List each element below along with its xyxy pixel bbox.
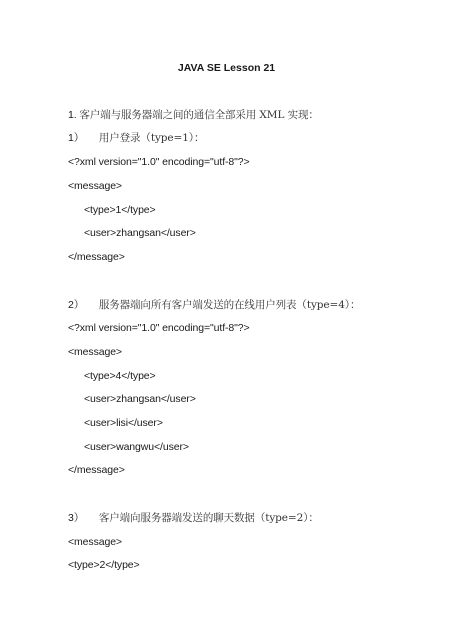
code-line: <user>zhangsan</user> — [84, 226, 196, 240]
section-heading-text: 客户端与服务器端之间的通信全部采用 XML 实现： — [79, 109, 318, 121]
document-page: JAVA SE Lesson 21 1. 客户端与服务器端之间的通信全部采用 X… — [0, 0, 453, 640]
item-label: 用户登录（type=1）： — [99, 132, 205, 144]
item-heading-1: 1） 用户登录（type=1）： — [68, 131, 204, 145]
item-label: 服务器端向所有客户端发送的在线用户列表（type=4）： — [99, 299, 361, 311]
item-heading-2: 2） 服务器端向所有客户端发送的在线用户列表（type=4）： — [68, 298, 360, 312]
item-label: 客户端向服务器端发送的聊天数据（type=2）： — [99, 512, 319, 524]
document-title: JAVA SE Lesson 21 — [0, 61, 453, 75]
code-line: <?xml version="1.0" encoding="utf-8"?> — [68, 155, 250, 169]
code-line: <user>zhangsan</user> — [84, 392, 196, 406]
item-number: 2） — [68, 298, 96, 312]
code-line: <message> — [68, 535, 122, 549]
code-line: <user>wangwu</user> — [84, 440, 189, 454]
code-line: <?xml version="1.0" encoding="utf-8"?> — [68, 321, 250, 335]
code-line: <type>4</type> — [84, 369, 156, 383]
code-line: </message> — [68, 250, 125, 264]
code-line: <type>1</type> — [84, 203, 156, 217]
code-line: <type>2</type> — [68, 558, 140, 572]
item-number: 1） — [68, 131, 96, 145]
code-line: <message> — [68, 179, 122, 193]
item-number: 3） — [68, 511, 96, 525]
code-line: </message> — [68, 463, 125, 477]
code-line: <user>lisi</user> — [84, 416, 163, 430]
section-number: 1. — [68, 109, 77, 121]
code-line: <message> — [68, 345, 122, 359]
section-heading: 1. 客户端与服务器端之间的通信全部采用 XML 实现： — [68, 108, 319, 122]
item-heading-3: 3） 客户端向服务器端发送的聊天数据（type=2）： — [68, 511, 319, 525]
